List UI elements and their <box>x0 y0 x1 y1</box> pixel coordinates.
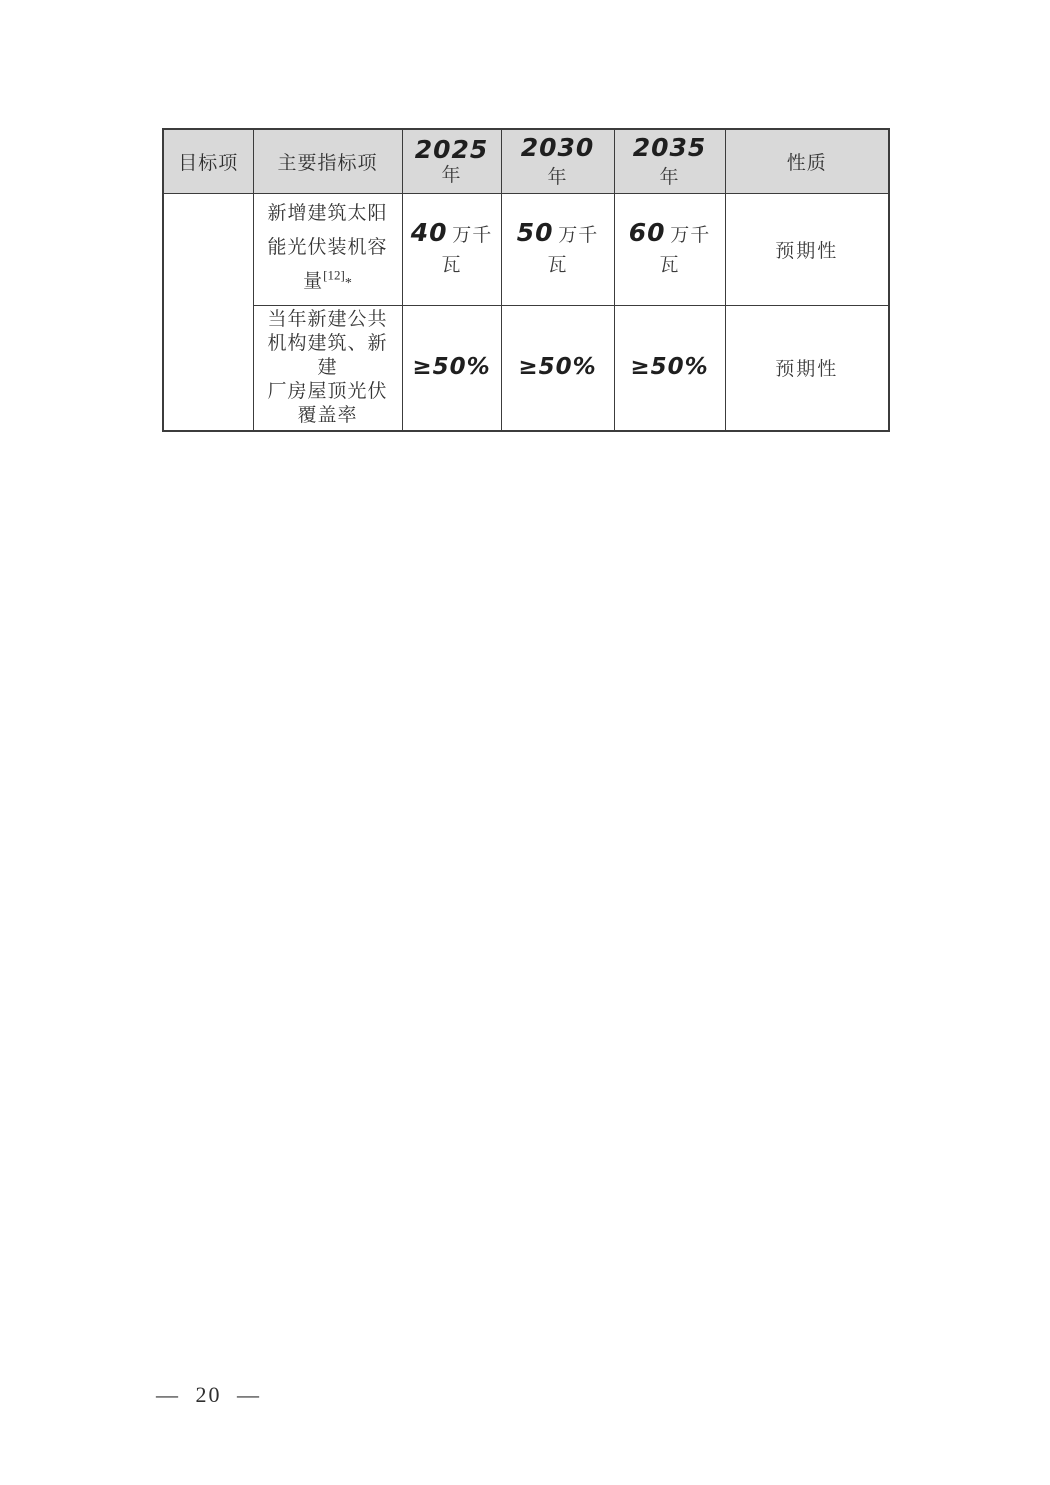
value-number: 60 <box>629 218 666 247</box>
header-2035-unit: 年 <box>659 167 679 188</box>
header-2030: 2030 年 <box>501 129 614 193</box>
value-number: ≥50% <box>630 354 708 380</box>
document-page: 目标项 主要指标项 2025 年 2030 年 2035 年 性质 <box>0 0 1050 1485</box>
value-number: 40 <box>411 218 448 247</box>
value-2035-coverage: ≥50% <box>614 305 725 431</box>
nature-cell: 预期性 <box>725 305 889 431</box>
value-unit: 万千 瓦 <box>441 225 492 276</box>
header-2035-number: 2035 <box>633 133 707 162</box>
header-2035: 2035 年 <box>614 129 725 193</box>
footnote-ref: [12] <box>323 268 345 283</box>
nature-cell: 预期性 <box>725 193 889 305</box>
header-2025-unit: 年 <box>411 165 493 187</box>
value-2030-coverage: ≥50% <box>501 305 614 431</box>
value-2025-coverage: ≥50% <box>402 305 501 431</box>
table-row: 新增建筑太阳 能光伏装机容 量[12]* 40 万千 瓦 50 万千瓦 60 万… <box>163 193 889 305</box>
header-2030-number: 2030 <box>521 133 595 162</box>
page-number: — 20 — <box>156 1382 261 1408</box>
header-nature: 性质 <box>725 129 889 193</box>
value-number: ≥50% <box>412 354 490 380</box>
footnote-asterisk: * <box>345 276 352 291</box>
indicator-table: 目标项 主要指标项 2025 年 2030 年 2035 年 性质 <box>162 128 890 432</box>
value-number: 50 <box>517 218 554 247</box>
indicator-text: 当年新建公共 机构建筑、新建 厂房屋顶光伏 覆盖率 <box>267 309 387 426</box>
value-number: ≥50% <box>518 354 596 380</box>
header-2030-unit: 年 <box>547 167 567 188</box>
table-row: 当年新建公共 机构建筑、新建 厂房屋顶光伏 覆盖率 ≥50% ≥50% ≥50%… <box>163 305 889 431</box>
value-2025-solar: 40 万千 瓦 <box>402 193 501 305</box>
value-2035-solar: 60 万千瓦 <box>614 193 725 305</box>
indicator-cell-rooftop-coverage: 当年新建公共 机构建筑、新建 厂房屋顶光伏 覆盖率 <box>253 305 402 431</box>
header-indicator: 主要指标项 <box>253 129 402 193</box>
header-target: 目标项 <box>163 129 253 193</box>
value-unit: 万千瓦 <box>659 225 710 276</box>
header-2025-number: 2025 <box>411 136 493 165</box>
header-2025: 2025 年 <box>402 129 501 193</box>
value-2030-solar: 50 万千瓦 <box>501 193 614 305</box>
table-header-row: 目标项 主要指标项 2025 年 2030 年 2035 年 性质 <box>163 129 889 193</box>
target-cell-empty <box>163 193 253 431</box>
indicator-cell-solar-capacity: 新增建筑太阳 能光伏装机容 量[12]* <box>253 193 402 305</box>
value-unit: 万千瓦 <box>547 225 598 276</box>
